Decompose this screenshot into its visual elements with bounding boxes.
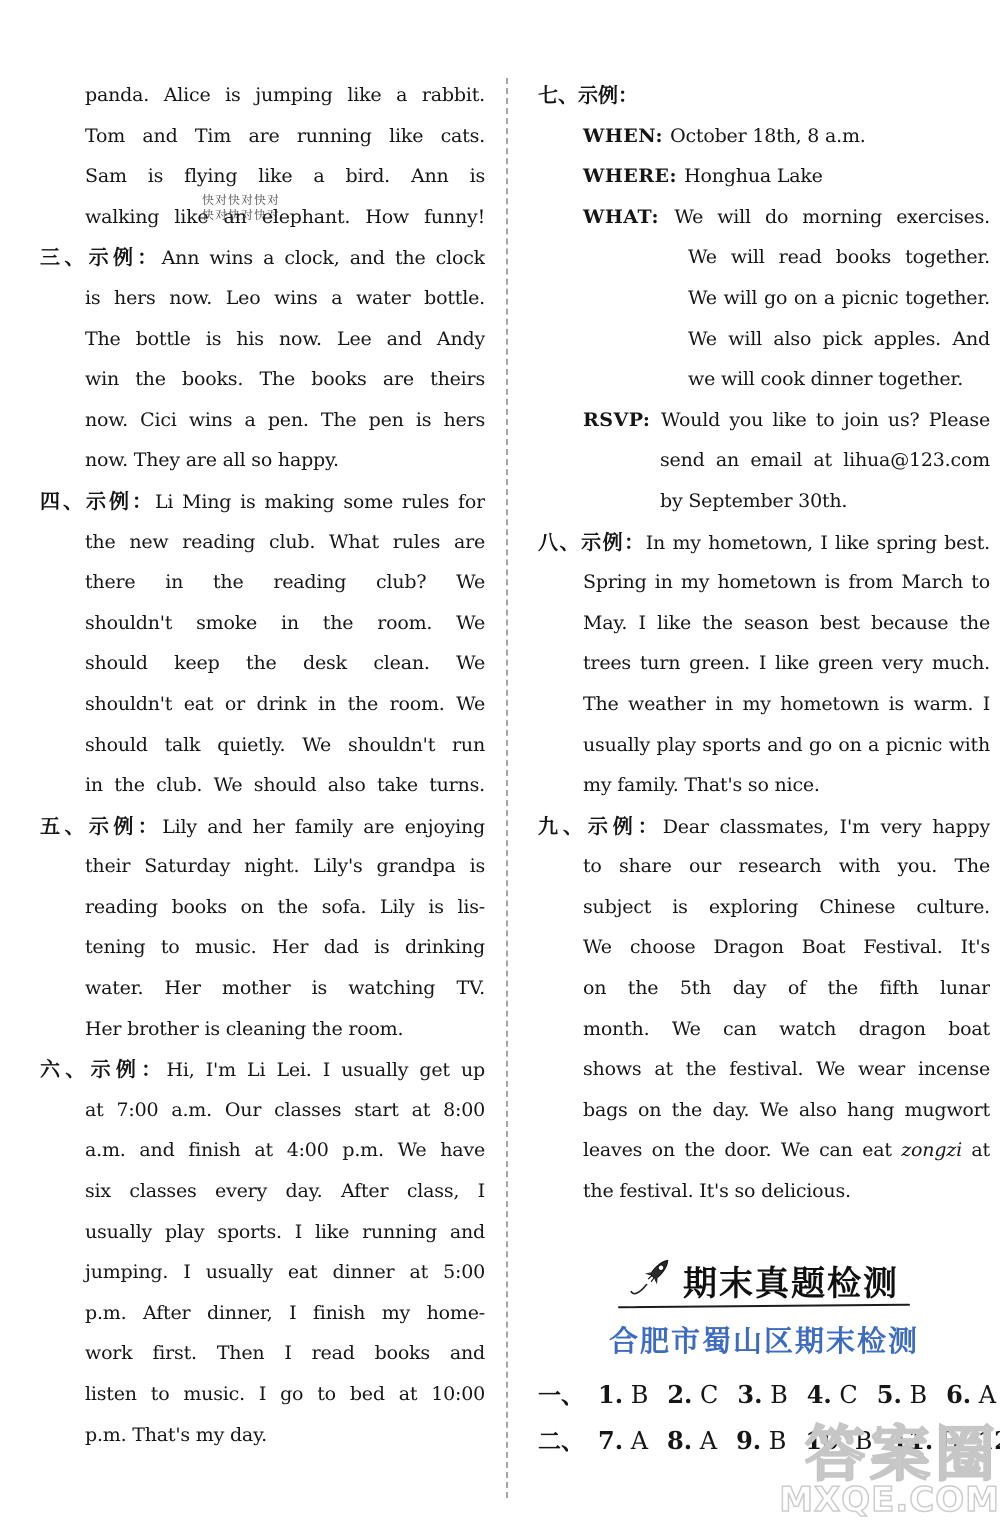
text-line: p.m. That's my day.: [40, 1415, 485, 1456]
text-line: usually play sports. I like running and: [40, 1212, 485, 1253]
text-line: We will also pick apples. And: [538, 319, 990, 360]
answer-item: 3. B: [737, 1381, 787, 1409]
text-line: at 7:00 a.m. Our classes start at 8:00: [40, 1090, 485, 1131]
text-line: 六、示例：Hi, I'm Li Lei. I usually get up: [40, 1049, 485, 1090]
answer-item: 2. C: [667, 1381, 718, 1409]
exam-header: 期末真题检测 合肥市蜀山区期末检测: [538, 1256, 990, 1360]
text-line: panda. Alice is jumping like a rabbit.: [40, 75, 485, 116]
field-label: WHERE:: [583, 165, 684, 187]
text-line: on the 5th day of the fifth lunar: [538, 968, 990, 1009]
text-line: 七、示例：: [538, 75, 990, 116]
text-line: six classes every day. After class, I: [40, 1171, 485, 1212]
section-marker: 九、示例：: [538, 814, 663, 838]
text-line: we will cook dinner together.: [538, 359, 990, 400]
column-divider: [506, 78, 508, 1498]
rocket-icon: [629, 1254, 675, 1306]
answer-item: 7. A: [598, 1427, 648, 1455]
stamp-line: 快对快对快对: [202, 208, 280, 223]
text-line: tening to music. Her dad is drinking: [40, 927, 485, 968]
text-line: We will go on a picnic together.: [538, 278, 990, 319]
field-label: WHEN:: [583, 125, 670, 147]
answer-key-page: panda. Alice is jumping like a rabbit.To…: [0, 0, 1000, 1521]
text-line: 五、示例：Lily and her family are enjoying: [40, 806, 485, 847]
text-line: trees turn green. I like green very much…: [538, 643, 990, 684]
text-line: listen to music. I go to bed at 10:00: [40, 1374, 485, 1415]
text-line: subject is exploring Chinese culture.: [538, 887, 990, 928]
text-line: the new reading club. What rules are: [40, 522, 485, 563]
text-line: their Saturday night. Lily's grandpa is: [40, 846, 485, 887]
text-line: usually play sports and go on a picnic w…: [538, 725, 990, 766]
section-marker: 四、示例：: [40, 489, 155, 513]
exam-section-title: 期末真题检测: [683, 1256, 899, 1305]
text-line: reading books on the sofa. Lily is lis-: [40, 887, 485, 928]
left-column: panda. Alice is jumping like a rabbit.To…: [40, 75, 485, 1455]
text-line: Tom and Tim are running like cats.: [40, 116, 485, 157]
exam-title-row: 期末真题检测: [538, 1256, 990, 1304]
watermark-domain: MXQE.COM: [779, 1483, 1000, 1517]
answer-row-marker: 一、: [538, 1383, 584, 1409]
text-line: RSVP: Would you like to join us? Please: [538, 400, 990, 441]
text-line: We choose Dragon Boat Festival. It's: [538, 927, 990, 968]
stamp-line: 快对快对快对: [202, 193, 280, 208]
text-line: WHEN: October 18th, 8 a.m.: [538, 116, 990, 157]
text-line: the festival. It's so delicious.: [538, 1171, 990, 1212]
text-line: should keep the desk clean. We: [40, 643, 485, 684]
text-line: there in the reading club? We: [40, 562, 485, 603]
text-line: 九、示例：Dear classmates, I'm very happy: [538, 806, 990, 847]
section-marker: 五、示例：: [40, 814, 162, 838]
text-line: The bottle is his now. Lee and Andy: [40, 319, 485, 360]
watermark-brand: 答案圈: [779, 1427, 1000, 1483]
field-label: WHAT:: [583, 206, 674, 228]
text-line: to share our research with you. The: [538, 846, 990, 887]
text-line: jumping. I usually eat dinner at 5:00: [40, 1252, 485, 1293]
kuaidui-stamp-overlay: 快对快对快对 快对快对快对: [202, 193, 280, 223]
answer-item: 4. C: [807, 1381, 858, 1409]
text-line: 八、示例：In my hometown, I like spring best.: [538, 522, 990, 563]
text-line: bags on the day. We also hang mugwort: [538, 1090, 990, 1131]
text-line: We will read books together.: [538, 237, 990, 278]
section-marker: 七、示例：: [538, 83, 638, 107]
text-line: Her brother is cleaning the room.: [40, 1009, 485, 1050]
text-line: Spring in my hometown is from March to: [538, 562, 990, 603]
answer-row-marker: 二、: [538, 1429, 584, 1455]
text-line: 三、示例：Ann wins a clock, and the clock: [40, 237, 485, 278]
text-line: in the club. We should also take turns.: [40, 765, 485, 806]
answer-item: 8. A: [667, 1427, 717, 1455]
site-watermark: 答案圈 MXQE.COM: [779, 1427, 1000, 1517]
text-line: water. Her mother is watching TV.: [40, 968, 485, 1009]
text-line: shouldn't smoke in the room. We: [40, 603, 485, 644]
answer-item: 6. A: [946, 1381, 996, 1409]
answer-item: 5. B: [877, 1381, 927, 1409]
text-line: should talk quietly. We shouldn't run: [40, 725, 485, 766]
text-line: by September 30th.: [538, 481, 990, 522]
section-marker: 八、示例：: [538, 530, 646, 554]
exam-subtitle: 合肥市蜀山区期末检测: [538, 1319, 990, 1360]
text-line: work first. Then I read books and: [40, 1333, 485, 1374]
text-line: win the books. The books are theirs: [40, 359, 485, 400]
text-line: The weather in my hometown is warm. I: [538, 684, 990, 725]
text-line: WHAT: We will do morning exercises.: [538, 197, 990, 238]
answer-row: 一、1. B2. C3. B4. C5. B6. A: [538, 1372, 998, 1418]
text-line: 四、示例：Li Ming is making some rules for: [40, 481, 485, 522]
text-line: now. They are all so happy.: [40, 440, 485, 481]
text-line: Sam is flying like a bird. Ann is: [40, 156, 485, 197]
text-line: a.m. and finish at 4:00 p.m. We have: [40, 1130, 485, 1171]
text-line: send an email at lihua@123.com: [538, 440, 990, 481]
section-marker: 三、示例：: [40, 245, 162, 269]
text-line: now. Cici wins a pen. The pen is hers: [40, 400, 485, 441]
right-column: 七、示例：WHEN: October 18th, 8 a.m.WHERE: Ho…: [538, 75, 990, 1212]
text-line: p.m. After dinner, I finish my home-: [40, 1293, 485, 1334]
text-line: May. I like the season best because the: [538, 603, 990, 644]
text-line: is hers now. Leo wins a water bottle.: [40, 278, 485, 319]
text-line: my family. That's so nice.: [538, 765, 990, 806]
text-line: WHERE: Honghua Lake: [538, 156, 990, 197]
text-line: leaves on the door. We can eat zongzi at: [538, 1130, 990, 1171]
text-line: month. We can watch dragon boat: [538, 1009, 990, 1050]
text-line: shows at the festival. We wear incense: [538, 1049, 990, 1090]
text-line: shouldn't eat or drink in the room. We: [40, 684, 485, 725]
field-label: RSVP:: [583, 409, 661, 431]
section-marker: 六、示例：: [40, 1057, 167, 1081]
answer-item: 1. B: [598, 1381, 648, 1409]
